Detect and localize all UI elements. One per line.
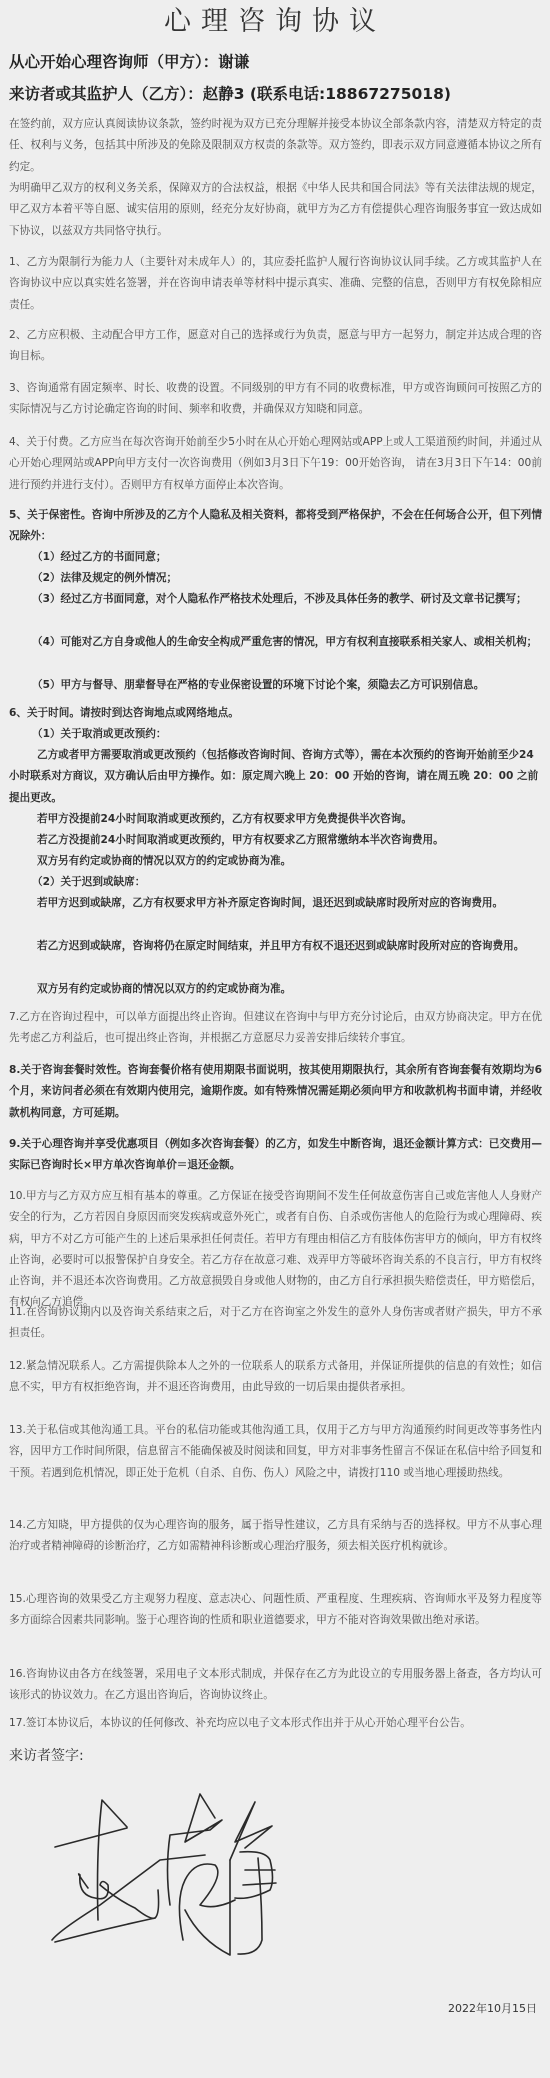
clause-5-item-4: （4）可能对乙方自身或他人的生命安全构成严重危害的情况，甲方有权利直接联系相关家…	[9, 632, 542, 653]
clause-3: 3、咨询通常有固定频率、时长、收费的设置。不同级别的甲方有不同的收费标准，甲方或…	[9, 378, 542, 421]
clause-6-1-a: 若甲方没提前24小时间取消或更改预约，乙方有权要求甲方免费提供半次咨询。	[9, 809, 542, 830]
clause-6-1-title: （1）关于取消或更改预约：	[9, 724, 542, 745]
clause-6-2-c: 双方另有约定或协商的情况以双方的约定或协商为准。	[9, 979, 542, 1000]
clause-6-2-title: （2）关于迟到或缺席：	[9, 872, 542, 893]
clause-16: 16.咨询协议由各方在线签署，采用电子文本形式制成，并保存在乙方为此设立的专用服…	[9, 1664, 542, 1707]
clause-2: 2、乙方应积极、主动配合甲方工作，愿意对自己的选择或行为负责，愿意与甲方一起努力…	[9, 325, 542, 368]
clause-14: 14.乙方知晓，甲方提供的仅为心理咨询的服务，属于指导性建议，乙方具有采纳与否的…	[9, 1515, 542, 1558]
clause-6: 6、关于时间。请按时到达咨询地点或网络地点。	[9, 703, 542, 724]
clause-6-2-a: 若甲方迟到或缺席，乙方有权要求甲方补齐原定咨询时间，退还迟到或缺席时段所对应的咨…	[9, 893, 542, 914]
agreement-page: 心理咨询协议 从心开始心理咨询师（甲方）：谢谦 来访者或其监护人（乙方）：赵静3…	[0, 0, 550, 2078]
clause-6-1-body: 乙方或者甲方需要取消或更改预约（包括修改咨询时间、咨询方式等），需在本次预约的咨…	[9, 745, 542, 809]
clause-10: 10.甲方与乙方双方应互相有基本的尊重。乙方保证在接受咨询期间不发生任何故意伤害…	[9, 1186, 542, 1314]
clause-11: 11.在咨询协议期内以及咨询关系结束之后，对于乙方在咨询室之外发生的意外人身伤害…	[9, 1302, 542, 1345]
clause-6-1-b: 若乙方没提前24小时间取消或更改预约，甲方有权要求乙方照常缴纳本半次咨询费用。	[9, 830, 542, 851]
document-title: 心理咨询协议	[0, 2, 550, 42]
clause-5-item-3: （3）经过乙方书面同意，对个人隐私作严格技术处理后，不涉及具体任务的教学、研讨及…	[9, 589, 542, 610]
clause-7: 7.乙方在咨询过程中，可以单方面提出终止咨询。但建议在咨询中与甲方充分讨论后，由…	[9, 1007, 542, 1050]
clause-4: 4、关于付费。乙方应当在每次咨询开始前至少5小时在从心开始心理网站或APP上或人…	[9, 432, 542, 496]
party-b-line: 来访者或其监护人（乙方）：赵静3 (联系电话:18867275018)	[9, 84, 451, 104]
clause-5-item-2: （2）法律及规定的例外情况；	[9, 568, 542, 589]
clause-13: 13.关于私信或其他沟通工具。平台的私信功能或其他沟通工具，仅用于乙方与甲方沟通…	[9, 1420, 542, 1484]
clause-1: 1、乙方为限制行为能力人（主要针对未成年人）的，其应委托监护人履行咨询协议认同手…	[9, 252, 542, 316]
clause-6-1-c: 双方另有约定或协商的情况以双方的约定或协商为准。	[9, 851, 542, 872]
handwritten-signature-icon	[0, 1790, 300, 1970]
preamble-paragraph-1: 在签约前，双方应认真阅读协议条款，签约时视为双方已充分理解并接受本协议全部条款内…	[9, 114, 542, 178]
party-a-line: 从心开始心理咨询师（甲方）：谢谦	[9, 52, 249, 72]
preamble-paragraph-2: 为明确甲乙双方的权利义务关系，保障双方的合法权益，根据《中华人民共和国合同法》等…	[9, 178, 542, 242]
signature-label: 来访者签字:	[9, 1745, 84, 1765]
clause-12: 12.紧急情况联系人。乙方需提供除本人之外的一位联系人的联系方式备用，并保证所提…	[9, 1356, 542, 1399]
clause-8: 8.关于咨询套餐时效性。咨询套餐价格有使用期限书面说明，按其使用期限执行，其余所…	[9, 1060, 542, 1124]
clause-5: 5、关于保密性。咨询中所涉及的乙方个人隐私及相关资料，都将受到严格保护，不会在任…	[9, 505, 542, 548]
clause-5-item-5: （5）甲方与督导、朋辈督导在严格的专业保密设置的环境下讨论个案，须隐去乙方可识别…	[9, 675, 542, 696]
clause-15: 15.心理咨询的效果受乙方主观努力程度、意志决心、问题性质、严重程度、生理疾病、…	[9, 1589, 542, 1632]
clause-17: 17.签订本协议后，本协议的任何修改、补充均应以电子文本形式作出并于从心开始心理…	[9, 1713, 542, 1734]
signing-date: 2022年10月15日	[448, 2000, 537, 2016]
clause-6-2-b: 若乙方迟到或缺席，咨询将仍在原定时间结束，并且甲方有权不退还迟到或缺席时段所对应…	[9, 936, 542, 957]
clause-9: 9.关于心理咨询并享受优惠项目（例如多次咨询套餐）的乙方，如发生中断咨询，退还金…	[9, 1134, 542, 1177]
clause-5-item-1: （1）经过乙方的书面同意；	[9, 547, 542, 568]
